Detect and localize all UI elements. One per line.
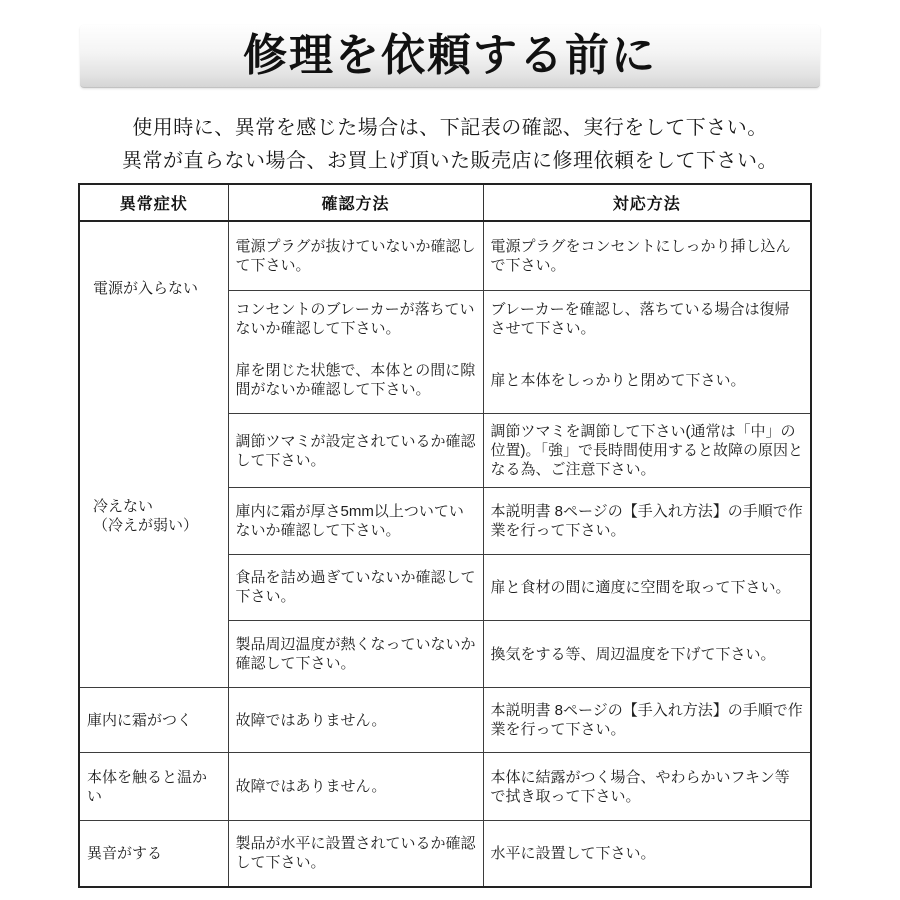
intro-text: 使用時に、異常を感じた場合は、下記表の確認、実行をして下さい。 異常が直らない場… (60, 112, 840, 178)
page-title: 修理を依頼する前に (243, 34, 657, 78)
troubleshooting-table: 異常症状 確認方法 対応方法 電源が入らない 冷えない （冷えが弱い） 電源プラ… (78, 183, 812, 888)
symptom-cell: 庫内に霜がつく (79, 688, 228, 753)
check-cell: 製品周辺温度が熱くなっていないか確認して下さい。 (228, 621, 483, 688)
action-cell: 電源プラグをコンセントにしっかり挿し込んで下さい。 (483, 221, 811, 291)
table-row: 本体を触ると温かい 故障ではありません。 本体に結露がつく場合、やわらかいフキン… (79, 753, 811, 821)
manual-page: 修理を依頼する前に 使用時に、異常を感じた場合は、下記表の確認、実行をして下さい… (0, 0, 900, 900)
table-header-row: 異常症状 確認方法 対応方法 (79, 184, 811, 221)
symptom-power: 電源が入らない (87, 227, 221, 350)
action-cell: 本説明書 8ページの【手入れ方法】の手順で作業を行って下さい。 (483, 688, 811, 753)
check-cell: 製品が水平に設置されているか確認して下さい。 (228, 821, 483, 887)
action-cell: 扉と本体をしっかりと閉めて下さい。 (483, 347, 811, 414)
check-cell: 扉を閉じた状態で、本体との間に隙間がないか確認して下さい。 (228, 347, 483, 414)
action-cell: 調節ツマミを調節して下さい(通常は「中」の位置)。「強」で長時間使用すると故障の… (483, 414, 811, 488)
symptom-not-cooling: 冷えない （冷えが弱い） (87, 350, 221, 682)
page-title-banner: 修理を依頼する前に (80, 25, 820, 88)
check-cell: 故障ではありません。 (228, 688, 483, 753)
symptom-cell: 本体を触ると温かい (79, 753, 228, 821)
intro-line-2: 異常が直らない場合、お買上げ頂いた販売店に修理依頼をして下さい。 (60, 145, 840, 178)
action-cell: 換気をする等、周辺温度を下げて下さい。 (483, 621, 811, 688)
header-symptom: 異常症状 (79, 184, 228, 221)
table-row: 異音がする 製品が水平に設置されているか確認して下さい。 水平に設置して下さい。 (79, 821, 811, 887)
action-cell: 本説明書 8ページの【手入れ方法】の手順で作業を行って下さい。 (483, 488, 811, 555)
table-row: 電源が入らない 冷えない （冷えが弱い） 電源プラグが抜けていないか確認して下さ… (79, 221, 811, 291)
header-action: 対応方法 (483, 184, 811, 221)
intro-line-1: 使用時に、異常を感じた場合は、下記表の確認、実行をして下さい。 (60, 112, 840, 145)
table-row: 庫内に霜がつく 故障ではありません。 本説明書 8ページの【手入れ方法】の手順で… (79, 688, 811, 753)
check-cell: 調節ツマミが設定されているか確認して下さい。 (228, 414, 483, 488)
check-cell: コンセントのブレーカーが落ちていないか確認して下さい。 (228, 291, 483, 347)
check-cell: 故障ではありません。 (228, 753, 483, 821)
check-cell: 食品を詰め過ぎていないか確認して下さい。 (228, 554, 483, 621)
action-cell: 本体に結露がつく場合、やわらかいフキン等で拭き取って下さい。 (483, 753, 811, 821)
action-cell: 扉と食材の間に適度に空間を取って下さい。 (483, 554, 811, 621)
symptom-cell-merged: 電源が入らない 冷えない （冷えが弱い） (79, 221, 228, 688)
check-cell: 庫内に霜が厚さ5mm以上ついていないか確認して下さい。 (228, 488, 483, 555)
header-check: 確認方法 (228, 184, 483, 221)
symptom-cell: 異音がする (79, 821, 228, 887)
check-cell: 電源プラグが抜けていないか確認して下さい。 (228, 221, 483, 291)
action-cell: ブレーカーを確認し、落ちている場合は復帰させて下さい。 (483, 291, 811, 347)
action-cell: 水平に設置して下さい。 (483, 821, 811, 887)
